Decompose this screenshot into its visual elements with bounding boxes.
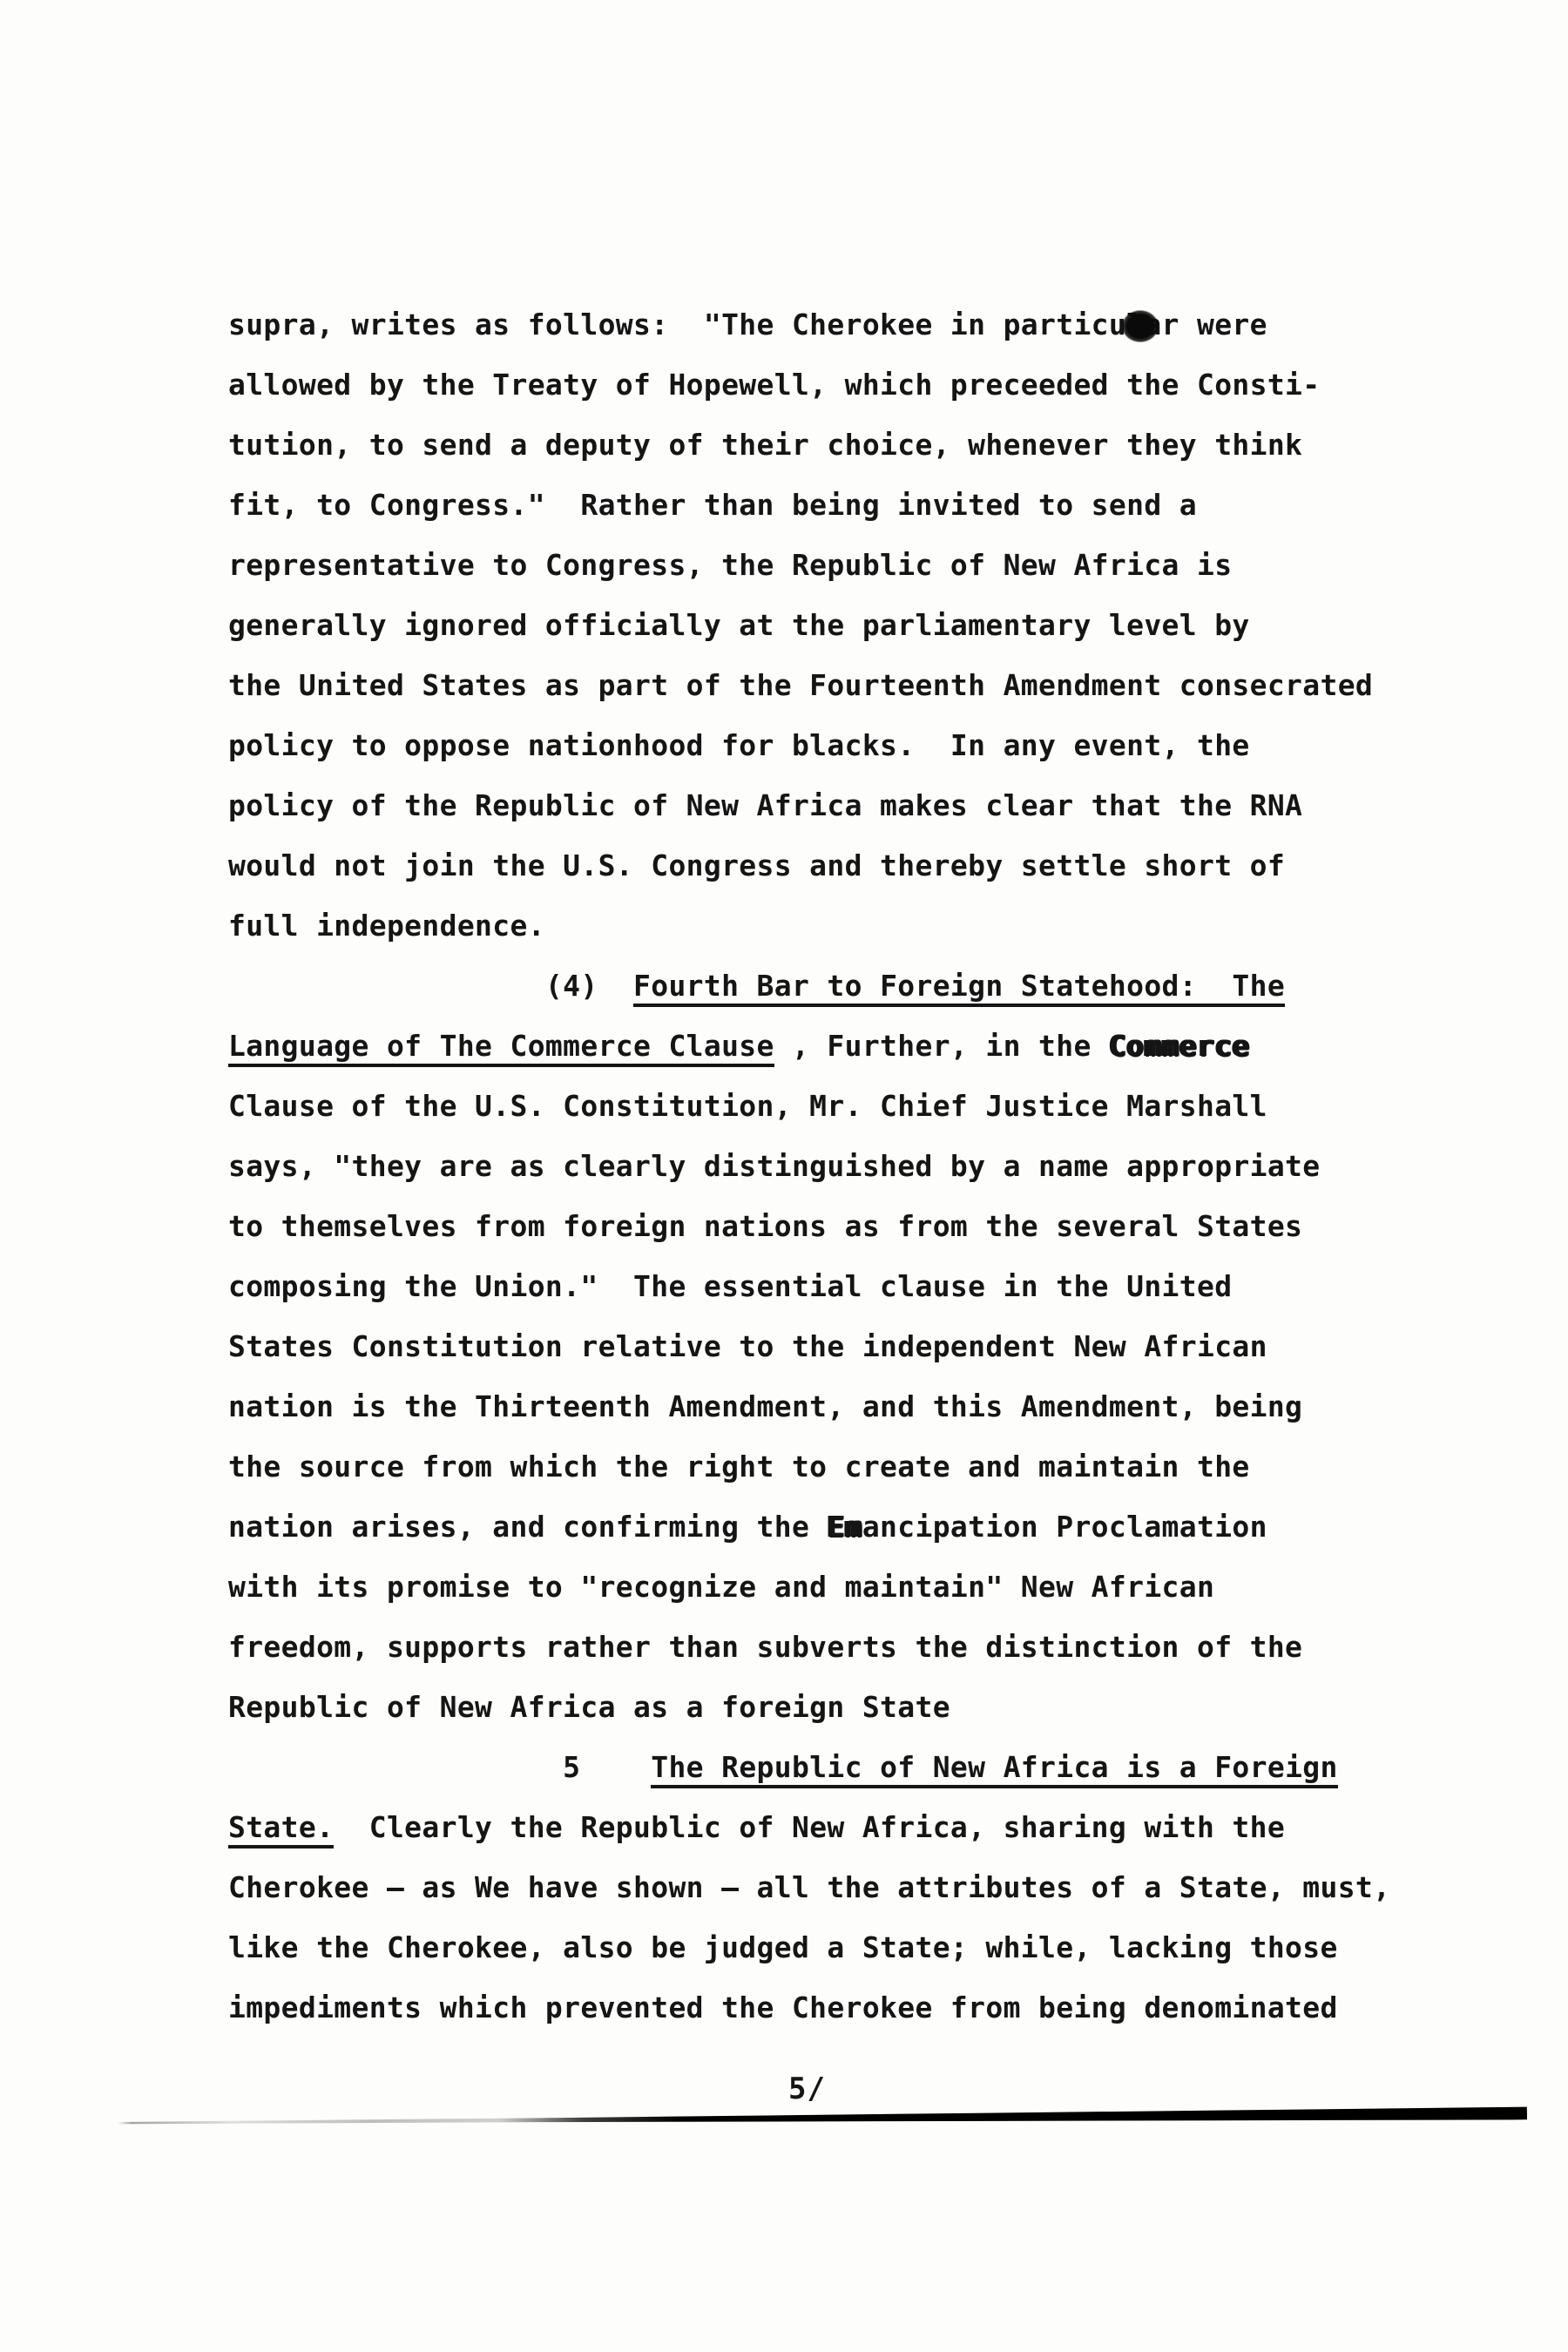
text-line: allowed by the Treaty of Hopewell, which…: [228, 355, 1390, 415]
text-line: with its promise to "recognize and maint…: [228, 1557, 1390, 1617]
text-line: State. Clearly the Republic of New Afric…: [228, 1797, 1390, 1857]
text-line: the United States as part of the Fourtee…: [228, 655, 1390, 715]
text-line: would not join the U.S. Congress and the…: [228, 835, 1390, 896]
scan-artifact-line: [118, 2106, 1527, 2129]
text-line: Clause of the U.S. Constitution, Mr. Chi…: [228, 1076, 1390, 1136]
text-line: Republic of New Africa as a foreign Stat…: [228, 1677, 1390, 1737]
text-line: composing the Union." The essential clau…: [228, 1256, 1390, 1316]
page-number: 5/: [788, 2072, 826, 2106]
text-line: Cherokee – as We have shown – all the at…: [228, 1857, 1390, 1917]
text-line: generally ignored officially at the parl…: [228, 595, 1390, 655]
text-line: nation is the Thirteenth Amendment, and …: [228, 1376, 1390, 1436]
text-line: 5 The Republic of New Africa is a Foreig…: [228, 1737, 1390, 1797]
document-page: supra, writes as follows: "The Cherokee …: [0, 0, 1568, 2352]
text-line: fit, to Congress." Rather than being inv…: [228, 475, 1390, 535]
text-lines: supra, writes as follows: "The Cherokee …: [228, 294, 1390, 2038]
text-line: policy to oppose nationhood for blacks. …: [228, 715, 1390, 775]
text-line: States Constitution relative to the inde…: [228, 1316, 1390, 1376]
text-line: representative to Congress, the Republic…: [228, 535, 1390, 595]
text-line: freedom, supports rather than subverts t…: [228, 1617, 1390, 1677]
text-line: (4) Fourth Bar to Foreign Statehood: The: [228, 956, 1390, 1016]
text-line: to themselves from foreign nations as fr…: [228, 1196, 1390, 1256]
ink-blot-artifact: [1122, 310, 1159, 342]
text-line: policy of the Republic of New Africa mak…: [228, 775, 1390, 835]
text-line: says, "they are as clearly distinguished…: [228, 1136, 1390, 1196]
text-line: Language of The Commerce Clause , Furthe…: [228, 1016, 1390, 1076]
text-line: tution, to send a deputy of their choice…: [228, 415, 1390, 475]
text-line: impediments which prevented the Cherokee…: [228, 1977, 1390, 2038]
text-line: the source from which the right to creat…: [228, 1436, 1390, 1497]
text-line: full independence.: [228, 896, 1390, 956]
text-line: supra, writes as follows: "The Cherokee …: [228, 294, 1390, 355]
text-line: nation arises, and confirming the Emanci…: [228, 1497, 1390, 1557]
text-line: like the Cherokee, also be judged a Stat…: [228, 1917, 1390, 1977]
